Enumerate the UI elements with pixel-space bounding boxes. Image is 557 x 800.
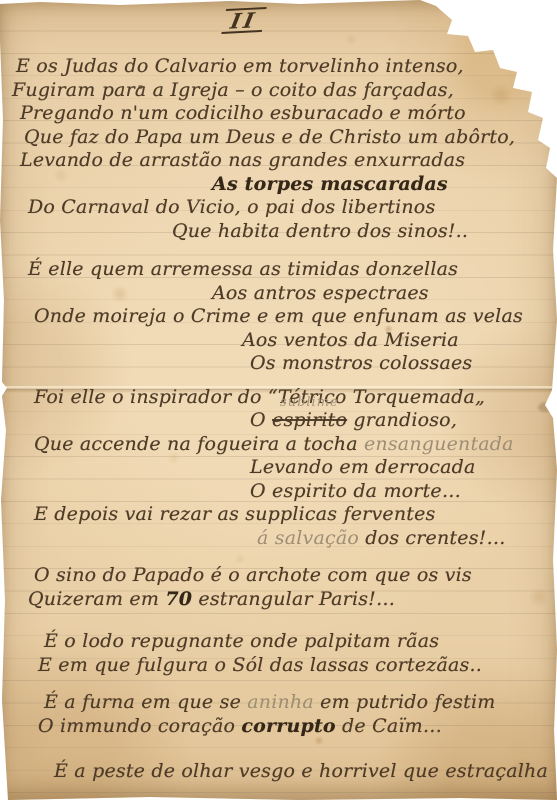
poem-line: É elle quem arremessa as timidas donzell… <box>28 258 553 282</box>
poem-line: Levando em derrocada <box>250 456 553 480</box>
poem-text-segment: É elle quem arremessa as timidas donzell… <box>28 258 458 280</box>
poem-text-segment: O espirito da morte… <box>250 480 461 502</box>
poem-text-segment: de Caïm… <box>336 715 442 737</box>
poem-line: É o lodo repugnante onde palpitam rãas <box>44 630 553 654</box>
poem-text-segment: em putrido festim <box>314 691 496 713</box>
poem-line: O immundo coração corrupto de Caïm… <box>38 715 553 739</box>
poem-text-segment: Os monstros colossaes <box>250 352 472 374</box>
poem-text-segment: Foi elle o inspirador do “Tétrico Torque… <box>34 386 485 408</box>
poem-line: Quizeram em 70 estrangular Paris!… <box>28 588 553 612</box>
stain <box>344 34 358 45</box>
poem-line: O espiritosublime grandioso, <box>250 409 553 433</box>
poem-text-segment: ensanguentada <box>364 433 514 455</box>
poem-line: Fugiram para a Igreja – o coito das farç… <box>12 79 553 103</box>
poem-text-segment: dos crentes!… <box>359 527 506 549</box>
poem-text-segment: Aos antros espectraes <box>212 282 429 304</box>
poem-text-segment: espiritosublime <box>272 409 347 431</box>
poem-text-segment: É a furna em que se <box>44 691 247 713</box>
poem-stanza: É o lodo repugnante onde palpitam rãasE … <box>12 630 553 677</box>
poem-line: O espirito da morte… <box>250 480 553 504</box>
poem-text-segment: Que habita dentro dos sinos!.. <box>172 220 468 242</box>
poem-text-segment: É o lodo repugnante onde palpitam rãas <box>44 630 439 652</box>
poem-stanza: É elle quem arremessa as timidas donzell… <box>12 258 553 376</box>
poem-text-segment: Pregando n'um codicilho esburacado e mór… <box>20 102 466 124</box>
poem-text-segment: Levando em derrocada <box>250 456 476 478</box>
poem-text-segment: E em que fulgura o Sól das lassas cortez… <box>38 654 482 676</box>
poem-text-segment: Fugiram para a Igreja – o coito das farç… <box>12 79 454 101</box>
poem-line: É a furna em que se aninha em putrido fe… <box>44 691 553 715</box>
poem-text-segment: As torpes mascaradas <box>212 173 448 195</box>
poem-line: É a peste de olhar vesgo e horrivel que … <box>54 760 553 784</box>
poem-line: Do Carnaval do Vicio, o pai dos libertin… <box>28 196 553 220</box>
poem-text-segment: Que accende na fogueira a tocha <box>34 433 364 455</box>
poem-text-segment: O <box>250 409 272 431</box>
poem-line: Que faz do Papa um Deus e de Christo um … <box>24 126 553 150</box>
poem-line: E depois vai rezar as supplicas fervente… <box>34 503 553 527</box>
poem-stanza: O sino do Papado é o archote com que os … <box>12 564 553 611</box>
poem-text: E os Judas do Calvario em torvelinho int… <box>12 55 553 784</box>
poem-text-segment: 70 <box>165 588 192 610</box>
poem-line: Os monstros colossaes <box>250 352 553 376</box>
poem-line: As torpes mascaradas <box>212 173 553 197</box>
poem-text-segment: aninha <box>247 691 314 713</box>
poem-line: Que accende na fogueira a tocha ensangue… <box>34 433 553 457</box>
poem-text-segment: E os Judas do Calvario em torvelinho int… <box>16 55 464 77</box>
poem-text-segment: Quizeram em <box>28 588 165 610</box>
poem-text-segment: É a peste de olhar vesgo e horrivel que … <box>54 760 548 782</box>
poem-text-segment: E depois vai rezar as supplicas fervente… <box>34 503 436 525</box>
poem-text-segment: grandioso, <box>347 409 457 431</box>
poem-text-segment: Aos ventos da Miseria <box>242 329 459 351</box>
poem-line: Onde moireja o Crime e em que enfunam as… <box>34 305 553 329</box>
poem-text-segment: corrupto <box>241 715 335 737</box>
poem-text-segment: O sino do Papado é o archote com que os … <box>34 564 472 586</box>
paper-sheet: II E os Judas do Calvario em torvelinho … <box>0 0 557 800</box>
poem-line: O sino do Papado é o archote com que os … <box>34 564 553 588</box>
poem-stanza: Foi elle o inspirador do “Tétrico Torque… <box>12 386 553 551</box>
poem-line: Aos antros espectraes <box>212 282 553 306</box>
poem-stanza: É a peste de olhar vesgo e horrivel que … <box>12 760 553 784</box>
poem-text-segment: Do Carnaval do Vicio, o pai dos libertin… <box>28 196 435 218</box>
poem-line: E os Judas do Calvario em torvelinho int… <box>16 55 553 79</box>
pencil-annotation: sublime <box>280 396 339 409</box>
poem-line: Levando de arrastão nas grandes enxurrad… <box>20 149 553 173</box>
poem-line: Que habita dentro dos sinos!.. <box>172 220 553 244</box>
poem-text-segment: Onde moireja o Crime e em que enfunam as… <box>34 305 523 327</box>
poem-text-segment: Levando de arrastão nas grandes enxurrad… <box>20 149 465 171</box>
poem-text-segment: Que faz do Papa um Deus e de Christo um … <box>24 126 515 148</box>
section-numeral: II <box>221 7 266 34</box>
poem-stanza: E os Judas do Calvario em torvelinho int… <box>12 55 553 243</box>
poem-line: E em que fulgura o Sól das lassas cortez… <box>38 654 553 678</box>
poem-text-segment: á salvação <box>257 527 359 549</box>
poem-line: á salvação dos crentes!… <box>257 527 553 551</box>
scanned-manuscript-page: II E os Judas do Calvario em torvelinho … <box>0 0 557 800</box>
poem-text-segment: O immundo coração <box>38 715 241 737</box>
poem-text-segment: estrangular Paris!… <box>192 588 395 610</box>
poem-line: Aos ventos da Miseria <box>242 329 553 353</box>
poem-line: Pregando n'um codicilho esburacado e mór… <box>20 102 553 126</box>
poem-stanza: É a furna em que se aninha em putrido fe… <box>12 691 553 738</box>
